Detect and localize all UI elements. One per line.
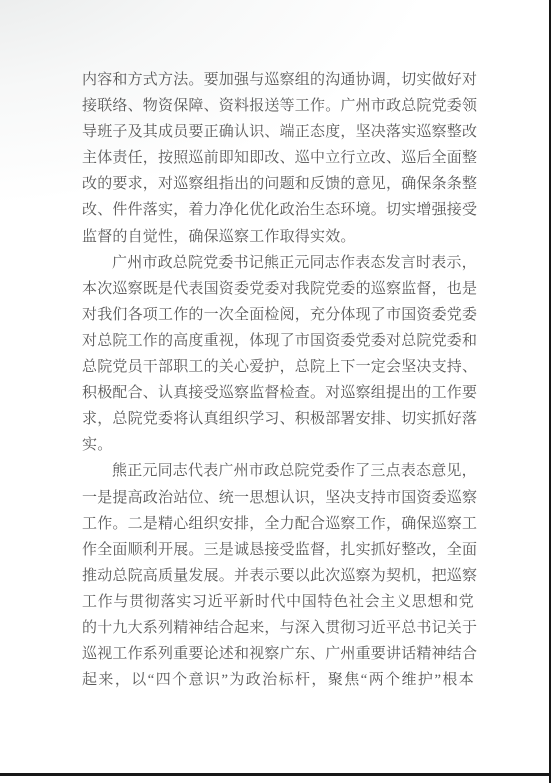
text-line: 推动总院高质量发展。并表示要以此次巡察为契机，把巡察 <box>82 563 474 589</box>
paragraph: 广州市政总院党委书记熊正元同志作表态发言时表示， 本次巡察既是代表国资委党委对我… <box>82 250 474 459</box>
text-line: 熊正元同志代表广州市政总院党委作了三点表态意见， <box>82 458 474 484</box>
text-line: 对总院工作的高度重视，体现了市国资委党委对总院党委和 <box>82 328 474 354</box>
text-line: 改的要求，对巡察组指出的问题和反馈的意见，确保条条整 <box>82 171 474 197</box>
text-line: 监督的自觉性，确保巡察工作取得实效。 <box>82 224 474 250</box>
text-line: 内容和方式方法。要加强与巡察组的沟通协调，切实做好对 <box>82 67 474 93</box>
paragraph: 内容和方式方法。要加强与巡察组的沟通协调，切实做好对 接联络、物资保障、资料报送… <box>82 67 474 250</box>
text-line: 积极配合、认真接受巡察监督检查。对巡察组提出的工作要 <box>82 380 474 406</box>
text-line: 作全面顺利开展。三是诚恳接受监督，扎实抓好整改，全面 <box>82 537 474 563</box>
text-line: 起来，以“四个意识”为政治标杆，聚焦“两个维护”根本 <box>82 667 474 693</box>
text-line: 实。 <box>82 432 474 458</box>
scan-edge-right <box>549 0 551 783</box>
document-text: 内容和方式方法。要加强与巡察组的沟通协调，切实做好对 接联络、物资保障、资料报送… <box>82 67 474 693</box>
text-line: 一是提高政治站位、统一思想认识，坚决支持市国资委巡察 <box>82 485 474 511</box>
text-line: 本次巡察既是代表国资委党委对我院党委的巡察监督，也是 <box>82 276 474 302</box>
paragraph: 熊正元同志代表广州市政总院党委作了三点表态意见， 一是提高政治站位、统一思想认识… <box>82 458 474 693</box>
text-line: 改、件件落实，着力净化优化政治生态环境。切实增强接受 <box>82 197 474 223</box>
document-page: 内容和方式方法。要加强与巡察组的沟通协调，切实做好对 接联络、物资保障、资料报送… <box>0 0 554 783</box>
scan-edge-bottom <box>0 773 551 776</box>
text-line: 总院党员干部职工的关心爱护，总院上下一定会坚决支持、 <box>82 354 474 380</box>
text-line: 巡视工作系列重要论述和视察广东、广州重要讲话精神结合 <box>82 641 474 667</box>
text-line: 对我们各项工作的一次全面检阅，充分体现了市国资委党委 <box>82 302 474 328</box>
text-line: 工作与贯彻落实习近平新时代中国特色社会主义思想和党 <box>82 589 474 615</box>
text-line: 主体责任，按照巡前即知即改、巡中立行立改、巡后全面整 <box>82 145 474 171</box>
text-line: 工作。二是精心组织安排，全力配合巡察工作，确保巡察工 <box>82 511 474 537</box>
text-line: 的十九大系列精神结合起来，与深入贯彻习近平总书记关于 <box>82 615 474 641</box>
text-line: 接联络、物资保障、资料报送等工作。广州市政总院党委领 <box>82 93 474 119</box>
text-line: 广州市政总院党委书记熊正元同志作表态发言时表示， <box>82 250 474 276</box>
text-line: 求，总院党委将认真组织学习、积极部署安排、切实抓好落 <box>82 406 474 432</box>
text-line: 导班子及其成员要正确认识、端正态度，坚决落实巡察整改 <box>82 119 474 145</box>
